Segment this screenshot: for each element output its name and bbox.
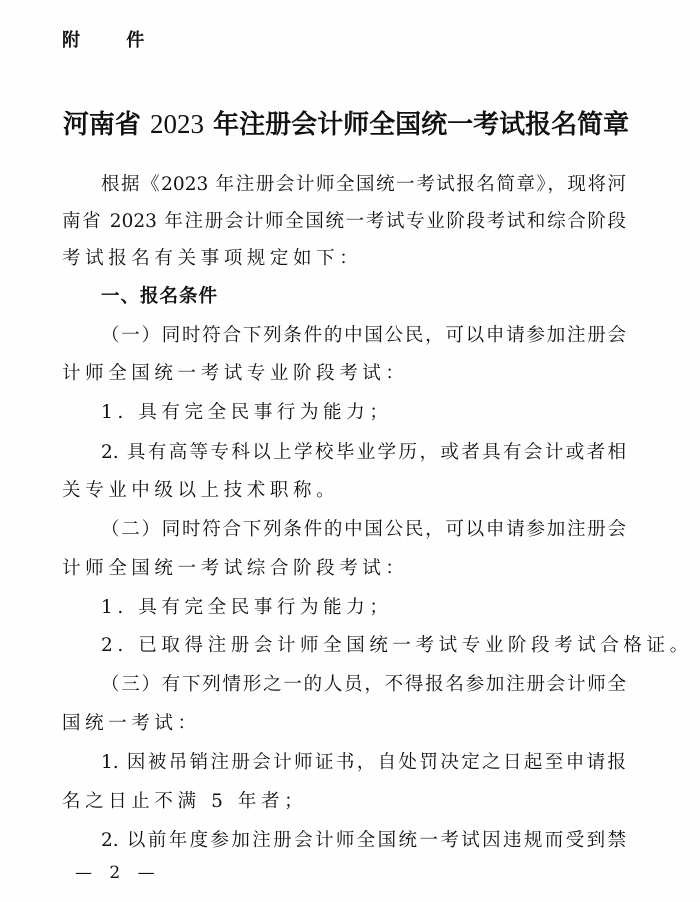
- document-page: 附 件 河南省 2023 年注册会计师全国统一考试报名简章 根据《2023 年注…: [0, 0, 700, 902]
- paragraph-line: 关专业中级以上技术职称。: [62, 478, 626, 504]
- list-item: 2. 已取得注册会计师全国统一考试专业阶段考试合格证。: [101, 633, 626, 659]
- list-item: 2. 以前年度参加注册会计师全国统一考试因违规而受到禁: [101, 828, 626, 854]
- paragraph-line: 计师全国统一考试专业阶段考试：: [62, 361, 626, 387]
- paragraph-line: 南省 2023 年注册会计师全国统一考试专业阶段考试和综合阶段: [62, 209, 626, 235]
- paragraph-line: 计师全国统一考试综合阶段考试：: [62, 556, 626, 582]
- paragraph-line: 根据《2023 年注册会计师全国统一考试报名简章》，现将河: [101, 172, 626, 198]
- paragraph-line: 名之日止不满 5 年者；: [62, 789, 626, 815]
- paragraph-line: 考试报名有关事项规定如下：: [62, 246, 626, 272]
- page-number: — 2 —: [75, 861, 161, 885]
- paragraph-line: 国统一考试：: [62, 711, 626, 737]
- attachment-label: 附 件: [62, 29, 164, 53]
- document-title: 河南省 2023 年注册会计师全国统一考试报名简章: [60, 106, 632, 143]
- title-year: 2023: [150, 109, 204, 139]
- title-prefix: 河南省: [63, 110, 141, 140]
- title-suffix: 年注册会计师全国统一考试报名简章: [213, 110, 629, 140]
- list-item: 2. 具有高等专科以上学校毕业学历，或者具有会计或者相: [101, 440, 626, 466]
- paragraph-line: （一）同时符合下列条件的中国公民，可以申请参加注册会: [101, 323, 626, 349]
- list-item: 1. 具有完全民事行为能力；: [101, 595, 626, 621]
- list-item: 1. 因被吊销注册会计师证书，自处罚决定之日起至申请报: [101, 750, 626, 776]
- paragraph-line: （三）有下列情形之一的人员，不得报名参加注册会计师全: [101, 672, 626, 698]
- section-heading: 一、报名条件: [101, 284, 626, 310]
- paragraph-line: （二）同时符合下列条件的中国公民，可以申请参加注册会: [101, 517, 626, 543]
- list-item: 1. 具有完全民事行为能力；: [101, 400, 626, 426]
